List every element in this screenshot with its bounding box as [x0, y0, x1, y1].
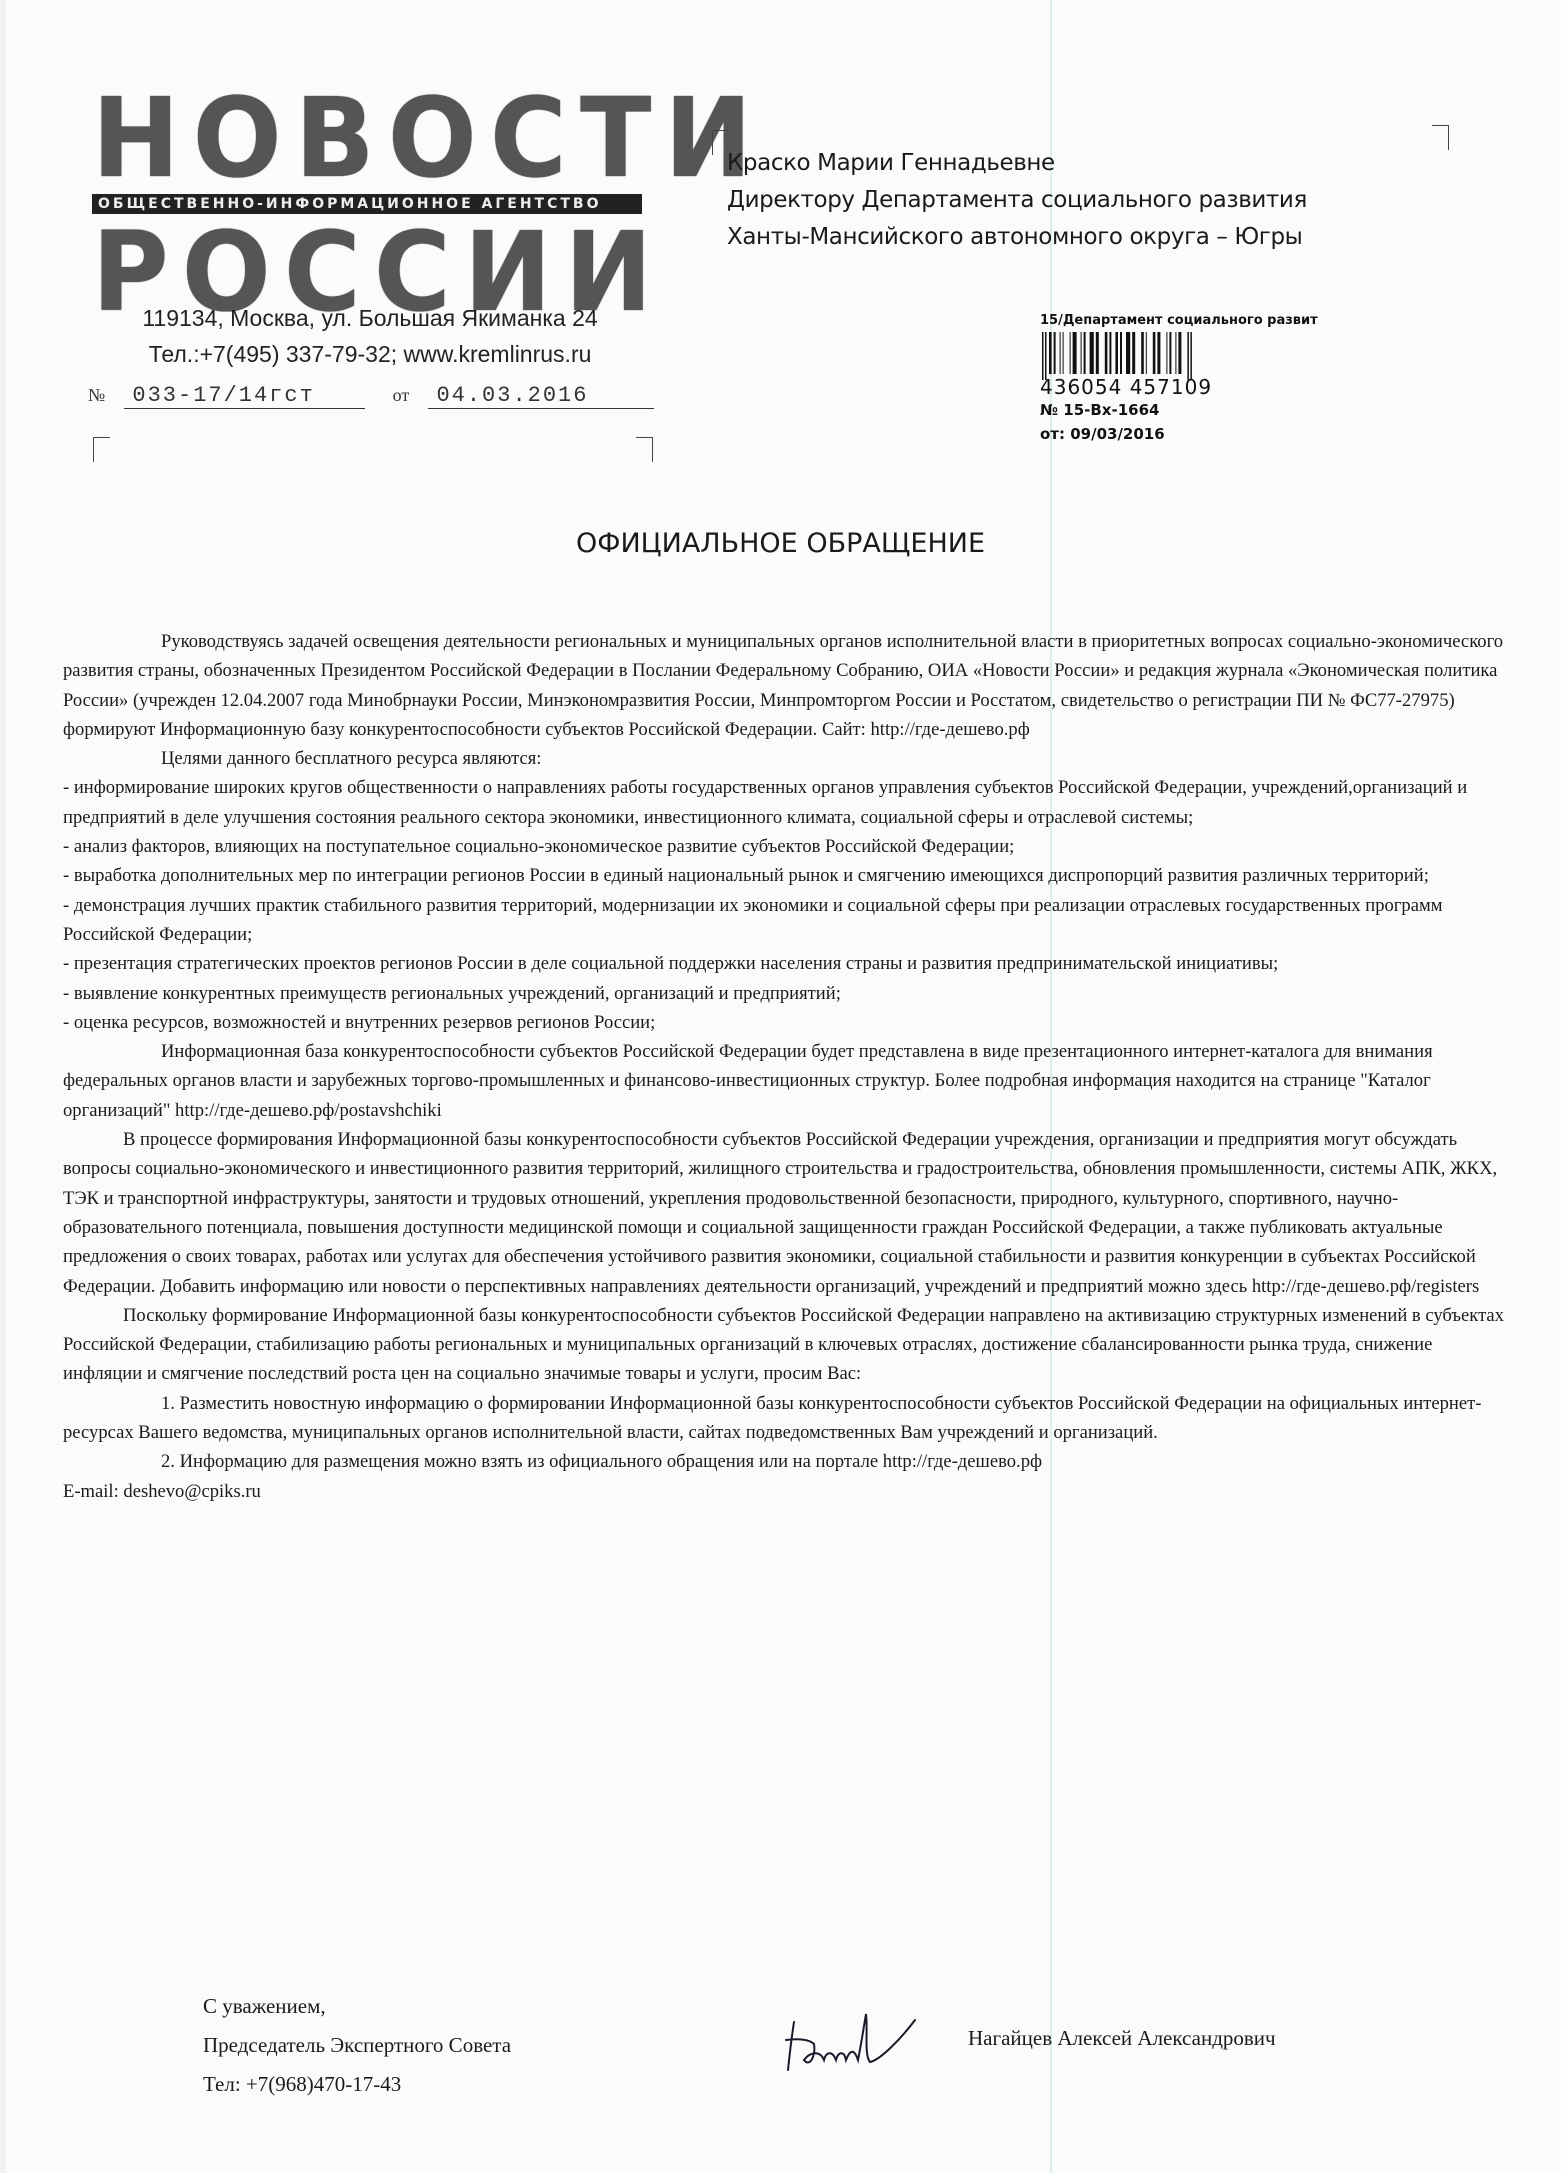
scan-edge [0, 0, 6, 2173]
goal-item: - выработка дополнительных мер по интегр… [63, 861, 1508, 890]
outgoing-number-label: № [88, 385, 105, 405]
outgoing-reference: № 033-17/14гст от 04.03.2016 [88, 383, 654, 409]
addressee-name: Краско Марии Геннадьевне [727, 145, 1307, 182]
outgoing-date: 04.03.2016 [428, 383, 654, 409]
outgoing-number: 033-17/14гст [124, 383, 365, 409]
goals-heading: Целями данного бесплатного ресурса являю… [63, 744, 1508, 773]
addressee-block: Краско Марии Геннадьевне Директору Депар… [727, 145, 1307, 256]
barcode-icon [1040, 332, 1250, 380]
closing-block: С уважением, Председатель Экспертного Со… [203, 1987, 511, 2104]
corner-bracket-icon [636, 437, 653, 462]
logo-word-novosti: НОВОСТИ [92, 88, 615, 188]
goal-item: - оценка ресурсов, возможностей и внутре… [63, 1008, 1508, 1037]
goal-item: - демонстрация лучших практик стабильног… [63, 891, 1508, 950]
addressee-organization: Ханты-Мансийского автономного округа – Ю… [727, 219, 1307, 256]
registration-stamp: 15/Департамент социального развит 436054… [1040, 313, 1318, 446]
document-title: ОФИЦИАЛЬНОЕ ОБРАЩЕНИЕ [0, 528, 1561, 559]
signer-phone: Тел: +7(968)470-17-43 [203, 2065, 511, 2104]
agency-logo: НОВОСТИ ОБЩЕСТВЕННО-ИНФОРМАЦИОННОЕ АГЕНТ… [92, 88, 642, 322]
barcode-digits: 436054 457109 [1040, 376, 1318, 398]
corner-bracket-icon [93, 437, 110, 462]
signer-name: Нагайцев Алексей Александрович [968, 2026, 1276, 2051]
contact-email: E-mail: deshevo@cpiks.ru [63, 1477, 1508, 1506]
signer-position: Председатель Экспертного Совета [203, 2026, 511, 2065]
goal-item: - информирование широких кругов обществе… [63, 773, 1508, 832]
sender-contacts: Тел.:+7(495) 337-79-32; www.kremlinrus.r… [95, 341, 645, 368]
handwritten-signature-icon [780, 2000, 960, 2080]
request-item: 1. Разместить новостную информацию о фор… [63, 1389, 1508, 1448]
closing-regards: С уважением, [203, 1987, 511, 2026]
request-paragraph: Поскольку формирование Информационной ба… [63, 1301, 1508, 1389]
request-item: 2. Информацию для размещения можно взять… [63, 1447, 1508, 1476]
sender-address: 119134, Москва, ул. Большая Якиманка 24 [95, 305, 645, 332]
goal-item: - анализ факторов, влияющих на поступате… [63, 832, 1508, 861]
stamp-registration-date: от: 09/03/2016 [1040, 422, 1318, 446]
addressee-position: Директору Департамента социального разви… [727, 182, 1307, 219]
goal-item: - презентация стратегических проектов ре… [63, 949, 1508, 978]
process-paragraph: В процессе формирования Информационной б… [63, 1125, 1508, 1301]
outgoing-date-label: от [393, 385, 410, 405]
letter-page: НОВОСТИ ОБЩЕСТВЕННО-ИНФОРМАЦИОННОЕ АГЕНТ… [0, 0, 1561, 2173]
catalog-paragraph: Информационная база конкурентоспособност… [63, 1037, 1508, 1125]
goal-item: - выявление конкурентных преимуществ рег… [63, 979, 1508, 1008]
letter-body: Руководствуясь задачей освещения деятель… [63, 627, 1508, 1506]
intro-paragraph: Руководствуясь задачей освещения деятель… [63, 627, 1508, 744]
corner-bracket-icon [1432, 125, 1449, 150]
stamp-department: 15/Департамент социального развит [1040, 313, 1318, 328]
stamp-registration-number: № 15-Вх-1664 [1040, 398, 1318, 422]
